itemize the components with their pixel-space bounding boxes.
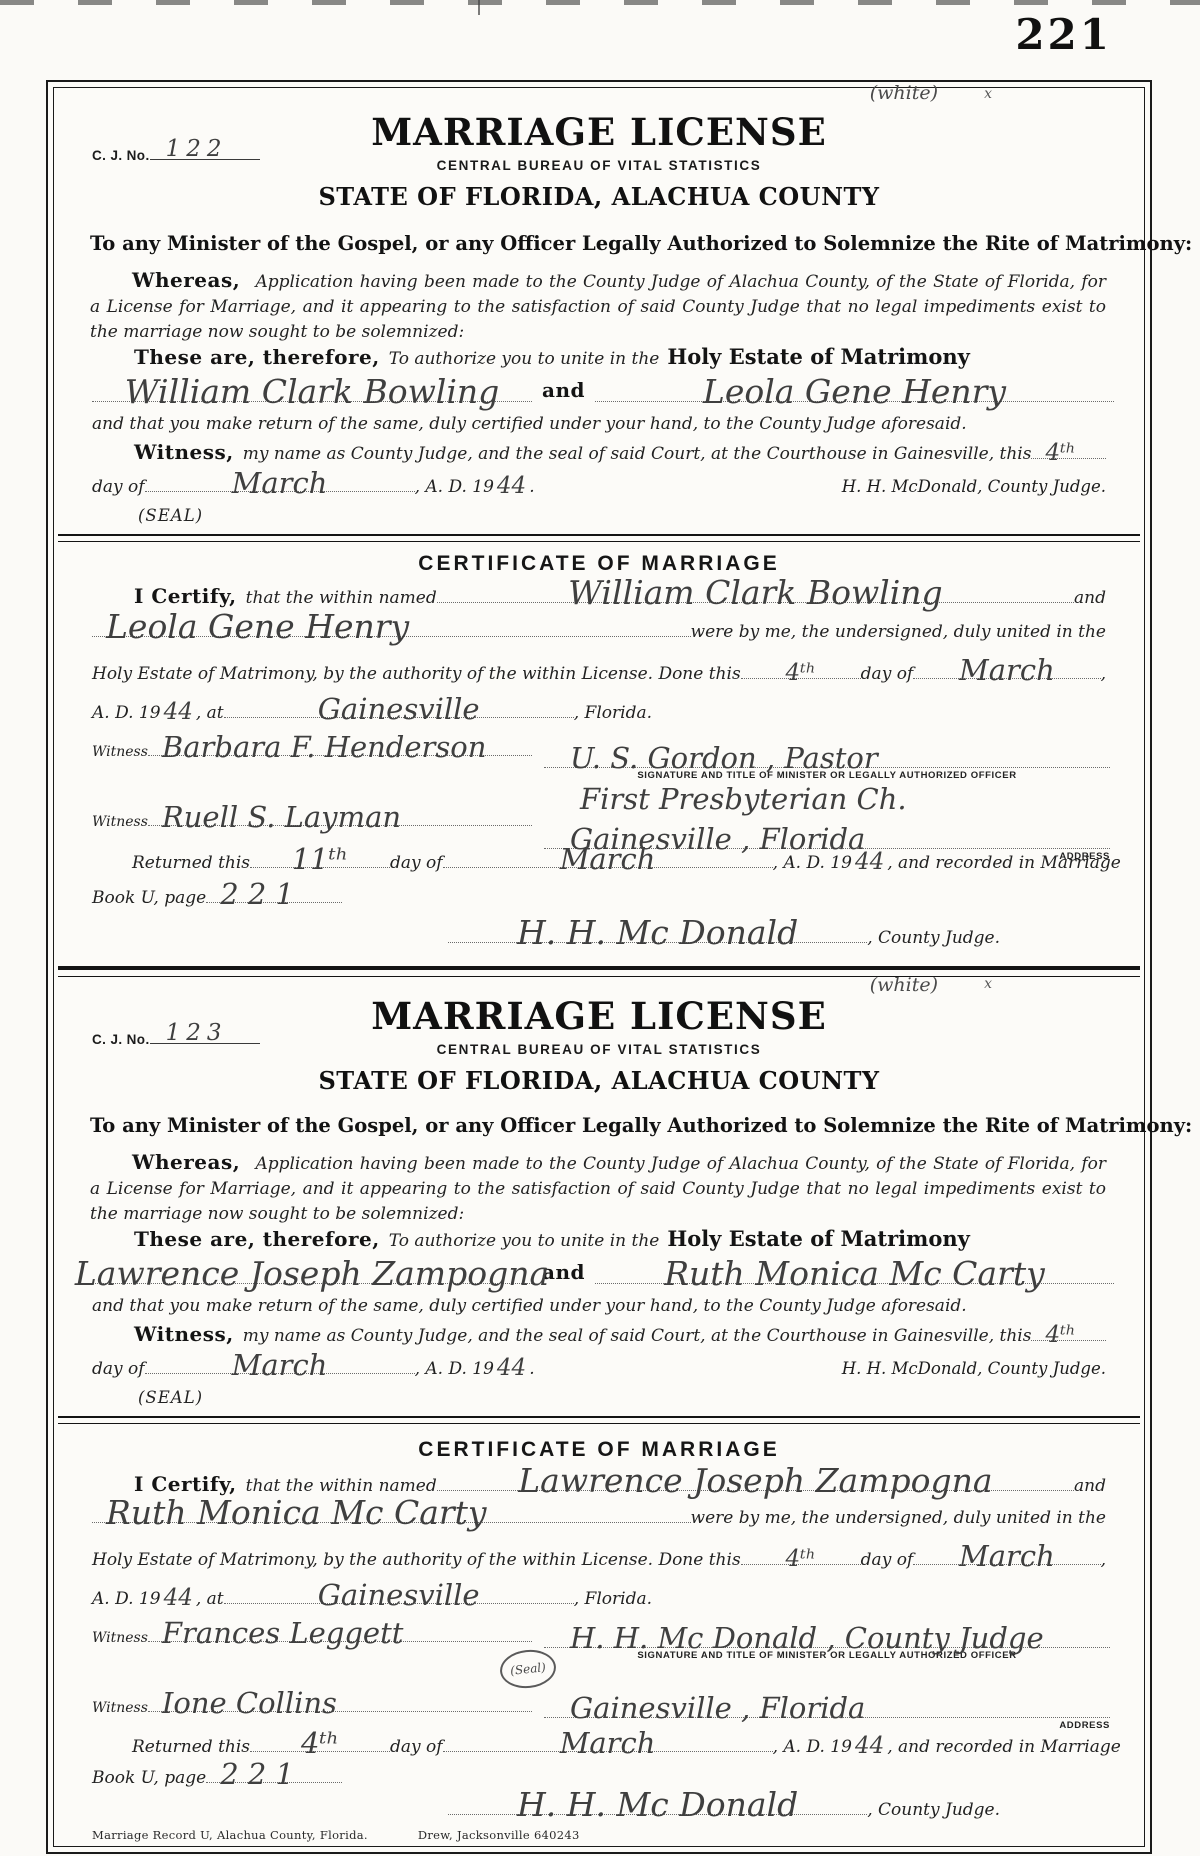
officiant-signature-handwritten: U. S. Gordon , Pastor — [570, 744, 878, 773]
returned-line: Returned this 11ᵗʰ day of March , A. D. … — [132, 850, 1106, 873]
groom-name-line: William Clark Bowling — [92, 400, 532, 402]
judge-signature-handwritten: H. H. Mc Donald — [517, 916, 798, 949]
whereas-label: Whereas, — [132, 1150, 240, 1174]
pencil-check-mark: x — [984, 976, 992, 992]
license-day-handwritten: 4ᵗʰ — [1045, 1324, 1075, 1347]
witness-label: Witness, — [134, 1322, 234, 1346]
page-number: 221 — [1015, 10, 1112, 59]
officiant-address-handwritten: Gainesville , Florida — [570, 1694, 865, 1723]
cert-day-blank: 4ᵗʰ — [741, 1563, 861, 1565]
returned-ad: , A. D. 19 — [773, 853, 852, 873]
county-judge-suffix: , County Judge. — [867, 1800, 1000, 1820]
scan-artifact-top — [0, 0, 1200, 5]
book-page-blank: 2 2 1 — [206, 901, 342, 903]
returned-day-handwritten: 4ᵗʰ — [301, 1729, 339, 1758]
witness-license-line: Witness, my name as County Judge, and th… — [92, 1322, 1106, 1346]
cert-ad-label: A. D. 19 — [92, 1589, 161, 1609]
officiant-signature-handwritten: H. H. Mc Donald , County Judge — [570, 1624, 1044, 1653]
book-page-blank: 2 2 1 — [206, 1781, 342, 1783]
book-page-line: Book U, page 2 2 1 — [92, 1768, 342, 1788]
document-frame: (white) x MARRIAGE LICENSE CENTRAL BUREA… — [46, 80, 1152, 1854]
witness1-row: Witness Barbara F. Henderson — [92, 744, 532, 760]
cert-ad-label: A. D. 19 — [92, 703, 161, 723]
cert-bride-line: Ruth Monica Mc Carty were by me, the und… — [92, 1508, 1106, 1528]
scanned-page: 221 (white) x MARRIAGE LICENSE CENTRAL B… — [0, 0, 1200, 1856]
returned-month-handwritten: March — [560, 845, 656, 874]
witness1-blank: Frances Leggett — [148, 1640, 532, 1642]
witness-text: my name as County Judge, and the seal of… — [243, 444, 1032, 464]
return-text: and that you make return of the same, du… — [92, 414, 967, 434]
cert-bride-handwritten: Ruth Monica Mc Carty — [106, 1496, 487, 1529]
officiant-address-line: Gainesville , Florida — [544, 1661, 1110, 1718]
book-page-handwritten: 2 2 1 — [220, 880, 294, 909]
cert-bride-blank: Leola Gene Henry — [92, 635, 691, 637]
cert-place-blank: Gainesville — [224, 716, 574, 718]
were-by-text: were by me, the undersigned, duly united… — [691, 1508, 1106, 1528]
bride-name-line: Ruth Monica Mc Carty — [595, 1282, 1114, 1284]
done-this-text: Holy Estate of Matrimony, by the authori… — [92, 1550, 741, 1570]
officiant-signature-line: U. S. Gordon , Pastor — [544, 722, 1110, 768]
groom-name-line: Lawrence Joseph Zampogna — [92, 1282, 532, 1284]
returned-year-handwritten: 44 — [855, 1735, 884, 1758]
cert-groom-handwritten: Lawrence Joseph Zampogna — [518, 1464, 992, 1497]
cert-comma: , — [1101, 664, 1106, 684]
ad-label: , A. D. 19 — [415, 477, 494, 497]
officiant-signature-line: H. H. Mc Donald , County Judge — [544, 1602, 1110, 1648]
certify-label: I Certify, — [134, 584, 237, 608]
done-this-text: Holy Estate of Matrimony, by the authori… — [92, 664, 741, 684]
month-blank: March — [145, 1372, 415, 1374]
returned-label: Returned this — [132, 853, 250, 873]
dayof-license-line: day of March , A. D. 19 44 . H. H. McDon… — [92, 1356, 1106, 1379]
judge-signature-line: H. H. Mc Donald — [448, 941, 867, 943]
day-of-label: day of — [92, 1359, 145, 1379]
seal-label: (SEAL) — [138, 1388, 203, 1407]
cert-year-handwritten: 44 — [164, 1587, 193, 1610]
day-of-label: day of — [92, 477, 145, 497]
judge-signature-row: H. H. Mc Donald , County Judge. — [448, 928, 1000, 948]
cj-number-line: 122 — [150, 157, 260, 160]
church-handwritten: First Presbyterian Ch. — [580, 785, 1110, 814]
whereas-paragraph: Whereas, Application having been made to… — [90, 1150, 1106, 1227]
cj-number-handwritten: 123 — [166, 1022, 228, 1045]
minister-address-line: To any Minister of the Gospel, or any Of… — [90, 232, 1110, 255]
record-divider — [58, 966, 1140, 977]
certify-text: that the within named — [246, 588, 437, 608]
return-text: and that you make return of the same, du… — [92, 1296, 967, 1316]
license-year-handwritten: 44 — [497, 1357, 526, 1380]
groom-name-handwritten: Lawrence Joseph Zampogna — [75, 1257, 549, 1290]
witness2-blank: Ruell S. Layman — [148, 824, 532, 826]
return-line: and that you make return of the same, du… — [92, 414, 967, 434]
returned-month-blank: March — [443, 1750, 773, 1752]
cert-day-of: day of — [861, 664, 914, 684]
cert-bride-line: Leola Gene Henry were by me, the undersi… — [92, 622, 1106, 642]
whereas-label: Whereas, — [132, 268, 240, 292]
day-blank: 4ᵗʰ — [1031, 457, 1106, 459]
book-page-handwritten: 2 2 1 — [220, 1760, 294, 1789]
book-label: Book U, page — [92, 1768, 206, 1788]
scan-artifact-tick — [478, 0, 480, 15]
holy-estate-text: Holy Estate of Matrimony — [667, 344, 970, 369]
these-are-line: These are, therefore, To authorize you t… — [92, 1226, 1106, 1251]
dayof-license-line: day of March , A. D. 19 44 . H. H. McDon… — [92, 474, 1106, 497]
footer-record-text: Marriage Record U, Alachua County, Flori… — [92, 1828, 368, 1842]
cert-place-blank: Gainesville — [224, 1602, 574, 1604]
pencil-annotation: (white) — [870, 974, 938, 996]
witness-text: my name as County Judge, and the seal of… — [243, 1326, 1032, 1346]
witness1-label: Witness — [92, 744, 148, 760]
witness1-row: Witness Frances Leggett — [92, 1630, 532, 1646]
returned-day-handwritten: 11ᵗʰ — [292, 845, 349, 874]
cert-done-line: Holy Estate of Matrimony, by the authori… — [92, 1550, 1106, 1570]
recorded-text: , and recorded in Marriage — [887, 853, 1121, 873]
names-line: William Clark Bowling and Leola Gene Hen… — [92, 370, 1114, 402]
pencil-annotation: (white) — [870, 82, 938, 104]
footer-printer-text: Drew, Jacksonville 640243 — [418, 1828, 580, 1842]
day-blank: 4ᵗʰ — [1031, 1339, 1106, 1341]
judge-signature-handwritten: H. H. Mc Donald — [517, 1788, 798, 1821]
cert-month-blank: March — [913, 1563, 1100, 1565]
cert-bride-blank: Ruth Monica Mc Carty — [92, 1521, 691, 1523]
returned-month-handwritten: March — [560, 1729, 656, 1758]
whereas-text: Application having been made to the Coun… — [90, 1154, 1106, 1224]
cert-month-handwritten: March — [959, 656, 1055, 685]
returned-day-blank: 4ᵗʰ — [250, 1750, 390, 1752]
authorize-text: To authorize you to unite in the — [389, 1231, 660, 1251]
cert-at-label: , at — [196, 703, 224, 723]
returned-day-of: day of — [390, 853, 443, 873]
groom-name-handwritten: William Clark Bowling — [125, 375, 500, 408]
judge-printed-name: H. H. McDonald, County Judge. — [842, 1359, 1106, 1378]
witness2-handwritten: Ruell S. Layman — [162, 803, 401, 832]
witness2-row: Witness Ruell S. Layman — [92, 814, 532, 830]
officiant-block: U. S. Gordon , Pastor SIGNATURE AND TITL… — [544, 722, 1110, 862]
cert-bride-handwritten: Leola Gene Henry — [106, 610, 409, 643]
cert-month-blank: March — [913, 677, 1100, 679]
state-county-line: STATE OF FLORIDA, ALACHUA COUNTY — [48, 1066, 1150, 1095]
state-county-line: STATE OF FLORIDA, ALACHUA COUNTY — [48, 182, 1150, 211]
period: . — [529, 1359, 534, 1379]
cert-day-blank: 4ᵗʰ — [741, 677, 861, 679]
cert-ad-line: A. D. 19 44 , at Gainesville , Florida. — [92, 700, 652, 723]
cert-and: and — [1074, 588, 1106, 608]
witness1-handwritten: Frances Leggett — [162, 1619, 403, 1648]
these-are-line: These are, therefore, To authorize you t… — [92, 344, 1106, 369]
cert-and: and — [1074, 1476, 1106, 1496]
book-page-line: Book U, page 2 2 1 — [92, 888, 342, 908]
cert-florida: , Florida. — [574, 703, 652, 723]
cert-year-handwritten: 44 — [164, 701, 193, 724]
minister-address-line: To any Minister of the Gospel, or any Of… — [90, 1114, 1110, 1137]
recorded-text: , and recorded in Marriage — [887, 1737, 1121, 1757]
cert-groom-handwritten: William Clark Bowling — [568, 576, 943, 609]
cj-number-handwritten: 122 — [166, 138, 228, 161]
cert-month-handwritten: March — [959, 1542, 1055, 1571]
witness1-blank: Barbara F. Henderson — [148, 754, 532, 756]
returned-year-handwritten: 44 — [855, 851, 884, 874]
witness2-blank: Ione Collins — [148, 1710, 532, 1712]
whereas-text: Application having been made to the Coun… — [90, 272, 1106, 342]
cj-number-label: C. J. No. — [92, 1032, 150, 1047]
cert-comma: , — [1101, 1550, 1106, 1570]
returned-label: Returned this — [132, 1737, 250, 1757]
cert-day-handwritten: 4ᵗʰ — [786, 1548, 816, 1571]
returned-line: Returned this 4ᵗʰ day of March , A. D. 1… — [132, 1734, 1106, 1757]
names-line: Lawrence Joseph Zampogna and Ruth Monica… — [92, 1252, 1114, 1284]
cj-number-field: C. J. No. 123 — [92, 1032, 260, 1047]
bride-name-handwritten: Leola Gene Henry — [703, 375, 1006, 408]
section-divider — [58, 534, 1140, 542]
book-label: Book U, page — [92, 888, 206, 908]
license-year-handwritten: 44 — [497, 475, 526, 498]
these-are-label: These are, therefore, — [134, 1227, 380, 1251]
cert-day-handwritten: 4ᵗʰ — [786, 662, 816, 685]
witness2-label: Witness — [92, 814, 148, 830]
cj-number-label: C. J. No. — [92, 148, 150, 163]
returned-month-blank: March — [443, 866, 773, 868]
witness-label: Witness, — [134, 440, 234, 464]
judge-printed-name: H. H. McDonald, County Judge. — [842, 477, 1106, 496]
officiant-block: H. H. Mc Donald , County Judge SIGNATURE… — [544, 1602, 1110, 1731]
section-divider — [58, 1416, 1140, 1424]
witness2-label: Witness — [92, 1700, 148, 1716]
license-month-handwritten: March — [232, 1351, 328, 1380]
license-day-handwritten: 4ᵗʰ — [1045, 442, 1075, 465]
license-month-handwritten: March — [232, 469, 328, 498]
witness1-handwritten: Barbara F. Henderson — [162, 733, 486, 762]
cj-number-line: 123 — [150, 1041, 260, 1044]
period: . — [529, 477, 534, 497]
certify-line: I Certify, that the within named William… — [92, 584, 1106, 608]
returned-day-of: day of — [390, 1737, 443, 1757]
cert-place-handwritten: Gainesville — [318, 1581, 480, 1610]
witness-license-line: Witness, my name as County Judge, and th… — [92, 440, 1106, 464]
bride-name-line: Leola Gene Henry — [595, 400, 1114, 402]
judge-signature-row: H. H. Mc Donald , County Judge. — [448, 1800, 1000, 1820]
pencil-check-mark: x — [984, 86, 992, 102]
month-blank: March — [145, 490, 415, 492]
cert-groom-line: William Clark Bowling — [437, 601, 1074, 603]
certificate-title: CERTIFICATE OF MARRIAGE — [48, 1438, 1150, 1462]
county-judge-suffix: , County Judge. — [867, 928, 1000, 948]
holy-estate-text: Holy Estate of Matrimony — [667, 1226, 970, 1251]
returned-ad: , A. D. 19 — [773, 1737, 852, 1757]
these-are-label: These are, therefore, — [134, 345, 380, 369]
witness2-row: Witness Ione Collins — [92, 1700, 532, 1716]
witness1-label: Witness — [92, 1630, 148, 1646]
and-label: and — [542, 378, 585, 402]
bride-name-handwritten: Ruth Monica Mc Carty — [664, 1257, 1045, 1290]
witness2-handwritten: Ione Collins — [162, 1689, 337, 1718]
ad-label: , A. D. 19 — [415, 1359, 494, 1379]
cj-number-field: C. J. No. 122 — [92, 148, 260, 163]
record-footer: Marriage Record U, Alachua County, Flori… — [92, 1828, 626, 1842]
returned-day-blank: 11ᵗʰ — [250, 866, 390, 868]
return-line: and that you make return of the same, du… — [92, 1296, 967, 1316]
authorize-text: To authorize you to unite in the — [389, 349, 660, 369]
cert-day-of: day of — [861, 1550, 914, 1570]
seal-label: (SEAL) — [138, 506, 203, 525]
cert-done-line: Holy Estate of Matrimony, by the authori… — [92, 664, 1106, 684]
were-by-text: were by me, the undersigned, duly united… — [691, 622, 1106, 642]
cert-place-handwritten: Gainesville — [318, 695, 480, 724]
cert-at-label: , at — [196, 1589, 224, 1609]
judge-signature-line: H. H. Mc Donald — [448, 1813, 867, 1815]
whereas-paragraph: Whereas, Application having been made to… — [90, 268, 1106, 345]
cert-groom-line: Lawrence Joseph Zampogna — [437, 1489, 1074, 1491]
